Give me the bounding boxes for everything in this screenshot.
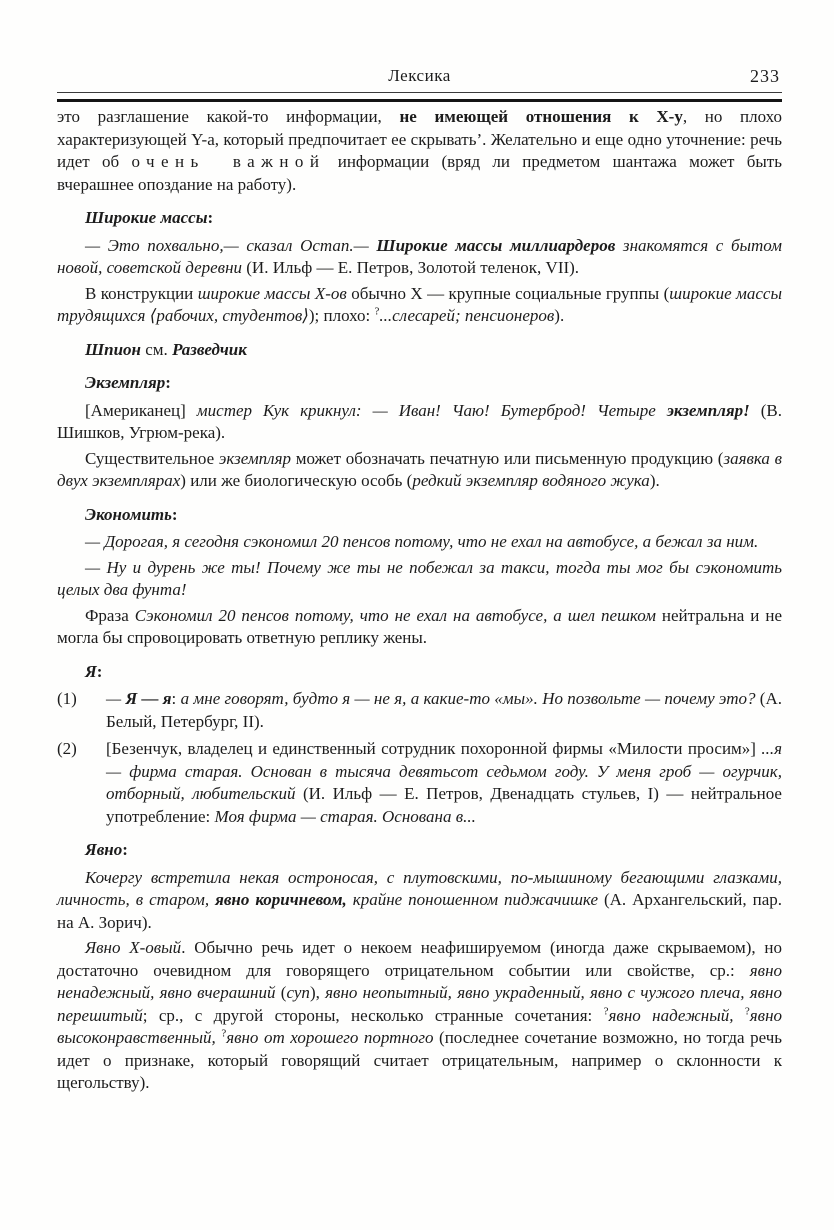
text-run: ( — [275, 983, 286, 1002]
text-run: Явно X-овый — [85, 938, 181, 957]
text-run: — Ну и дурень же ты! Почему же ты не поб… — [57, 558, 782, 600]
text-run: явно коричневом, — [215, 890, 347, 909]
quote-ekzemplyar: [Американец] мистер Кук крикнул: — Иван!… — [57, 400, 782, 445]
text-run: Моя фирма — старая. Основана в... — [215, 807, 476, 826]
text-run: : — [165, 373, 171, 392]
text-run: [Безенчук, владелец и единственный сотру… — [106, 739, 761, 758]
text-run: ). — [554, 306, 564, 325]
text-run: ; ср., с другой стороны, несколько стран… — [143, 1006, 604, 1025]
text-run: Экземпляр — [85, 373, 165, 392]
text-run: Я — [85, 662, 97, 681]
text-run: ...слесарей; пенсионеров — [379, 306, 554, 325]
header-rule — [57, 92, 782, 102]
numbered-example-2: (2)[Безенчук, владелец и единственный со… — [57, 738, 782, 828]
page-number: 233 — [750, 66, 780, 87]
text-run: это разглашение какой-то информации, — [57, 107, 399, 126]
paragraph-continuation: это разглашение какой-то информации, не … — [57, 106, 782, 196]
text-run: экземпляр! — [667, 401, 750, 420]
paragraph-ekonomit-comment: Фраза Сэкономил 20 пенсов потому, что не… — [57, 605, 782, 650]
text-run: редкий экземпляр водяного жука — [412, 471, 649, 490]
book-page: Лексика 233 это разглашение какой-то инф… — [0, 0, 834, 1230]
text-run: : — [172, 689, 181, 708]
item-number-label: (1) — [57, 688, 106, 733]
text-run: Широкие массы — [85, 208, 208, 227]
quote-ekonomit-2: — Ну и дурень же ты! Почему же ты не поб… — [57, 557, 782, 602]
page-header: Лексика 233 — [57, 66, 782, 100]
text-run: : — [208, 208, 214, 227]
text-run: мистер Кук крикнул: — Иван! Чаю! Бутербр… — [197, 401, 667, 420]
entry-heading-shpion: Шпион см. Разведчик — [57, 339, 782, 362]
text-run: ), — [310, 983, 325, 1002]
text-run: ); плохо: — [309, 306, 375, 325]
text-run: см. — [141, 340, 172, 359]
quote-shirokie-massy: — Это похвально,— сказал Остап.— Широкие… — [57, 235, 782, 280]
text-run: явно от хорошего портного — [226, 1028, 433, 1047]
text-run: Широкие массы миллиардеров — [376, 236, 615, 255]
text-run: крайне поношенном пиджачишке — [347, 890, 604, 909]
paragraph-yavno-comment: Явно X-овый. Обычно речь идет о некоем н… — [57, 937, 782, 1095]
text-run: суп — [286, 983, 309, 1002]
text-run: Сэкономил 20 пенсов потому, что не ехал … — [135, 606, 656, 625]
text-run: — — [106, 689, 125, 708]
entry-heading-yavno: Явно: — [57, 839, 782, 862]
paragraph-ekzemplyar-comment: Существительное экземпляр может обознача… — [57, 448, 782, 493]
text-run: Экономить — [85, 505, 172, 524]
text-run: : — [172, 505, 178, 524]
paragraph-shirokie-massy-comment: В конструкции широкие массы X-ов обычно … — [57, 283, 782, 328]
text-run: Существительное — [85, 449, 219, 468]
item-body: [Безенчук, владелец и единственный сотру… — [106, 738, 782, 828]
text-run: явно надежный, — [609, 1006, 745, 1025]
running-head-title: Лексика — [57, 66, 782, 86]
text-run: Фраза — [85, 606, 135, 625]
entry-heading-ekzemplyar: Экземпляр: — [57, 372, 782, 395]
text-run: ). — [650, 471, 660, 490]
text-run: — Это похвально,— сказал Остап.— — [85, 236, 376, 255]
text-run: Разведчик — [172, 340, 247, 359]
content-area: это разглашение какой-то информации, не … — [57, 103, 782, 1098]
entry-heading-shirokie-massy: Широкие массы: — [57, 207, 782, 230]
text-run: экземпляр — [219, 449, 291, 468]
text-run: (И. Ильф — Е. Петров, Золотой теленок, V… — [246, 258, 579, 277]
text-run: Шпион — [85, 340, 141, 359]
text-run: широкие массы X-ов — [198, 284, 347, 303]
text-run: Я — я — [125, 689, 171, 708]
text-run: : — [97, 662, 103, 681]
text-run: Явно — [85, 840, 122, 859]
item-number-label: (2) — [57, 738, 106, 828]
text-run: В конструкции — [85, 284, 198, 303]
text-run: : — [122, 840, 128, 859]
text-run: ) или же биологическую особь ( — [180, 471, 412, 490]
quote-yavno: Кочергу встретила некая остроносая, с пл… — [57, 867, 782, 935]
numbered-example-1: (1)— Я — я: а мне говорят, будто я — не … — [57, 688, 782, 733]
text-run: — Дорогая, я сегодня сэкономил 20 пенсов… — [85, 532, 758, 551]
quote-ekonomit-1: — Дорогая, я сегодня сэкономил 20 пенсов… — [57, 531, 782, 554]
item-body: — Я — я: а мне говорят, будто я — не я, … — [106, 688, 782, 733]
text-run: не имеющей отношения к X-у — [399, 107, 682, 126]
text-run: [Американец] — [85, 401, 197, 420]
text-run: может обозначать печатную или письменную… — [291, 449, 723, 468]
text-run: обычно X — крупные социальные группы ( — [347, 284, 669, 303]
entry-heading-ya: Я: — [57, 661, 782, 684]
text-run: а мне говорят, будто я — не я, а какие-т… — [181, 689, 756, 708]
entry-heading-ekonomit: Экономить: — [57, 504, 782, 527]
text-run: очень важной — [131, 152, 325, 171]
